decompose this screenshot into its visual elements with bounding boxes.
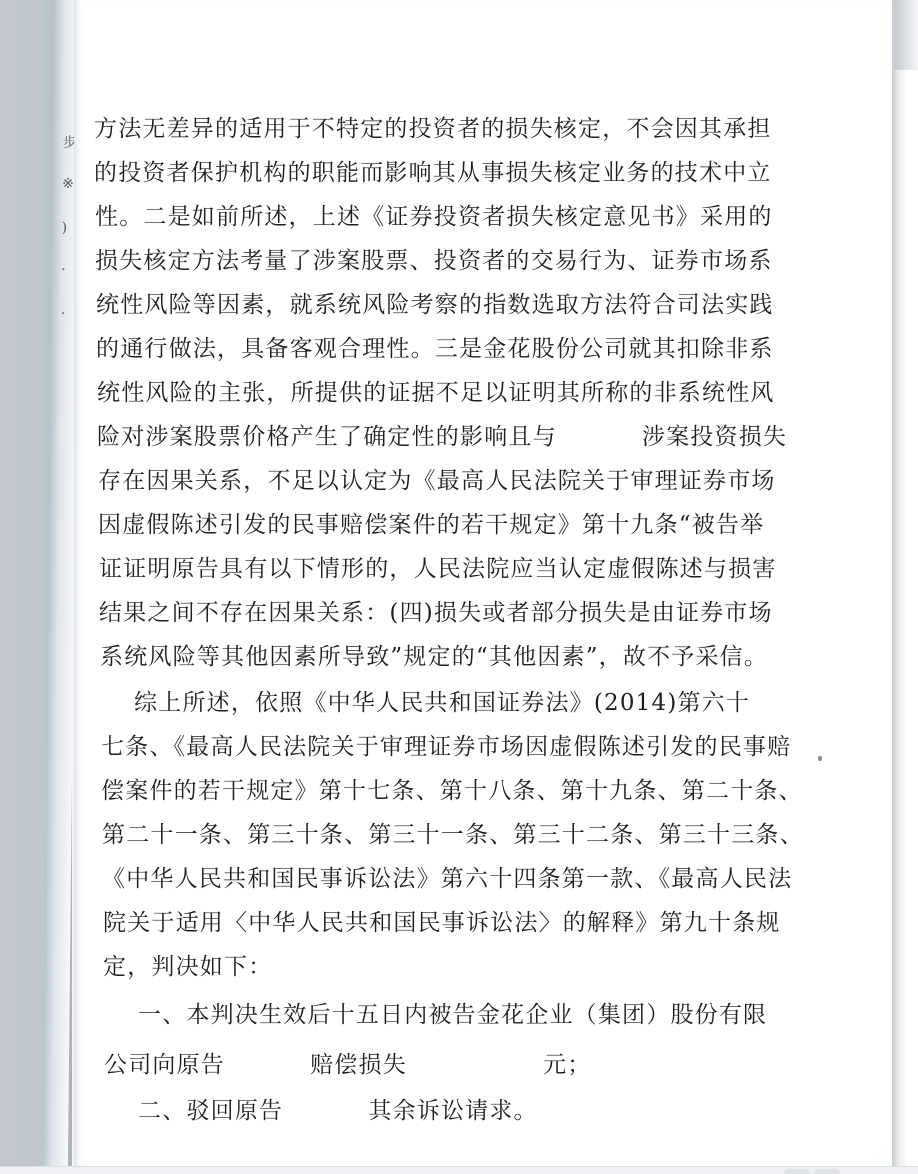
text-line: 的投资者保护机构的职能而影响其从事损失核定业务的技术中立 — [94, 158, 772, 188]
margin-glyph: · — [61, 262, 66, 278]
text-line: 统性风险的主张，所提供的证据不足以证明其所称的非系统性风 — [97, 378, 775, 408]
text-line: 存在因果关系，不足以认定为《最高人民法院关于审理证券市场 — [98, 466, 776, 496]
text-line: 方法无差异的适用于不特定的投资者的损失核定，不会因其承担 — [94, 114, 772, 144]
margin-glyph: ) — [62, 220, 68, 236]
text-line: 公司向原告 赔偿损失 元； — [104, 1050, 592, 1080]
page-corner — [894, 0, 918, 70]
text-line: 七条、《最高人民法院关于审理证券市场因虚假陈述引发的民事赔 — [101, 732, 791, 762]
text-line: 统性风险等因素，就系统风险考察的指数选取方法符合司法实践 — [96, 290, 774, 320]
right-page-edge — [892, 0, 918, 1166]
scan-speck — [818, 756, 822, 761]
text-line: 证证明原告具有以下情形的，人民法院应当认定虚假陈述与损害 — [99, 554, 777, 584]
scroll-pill[interactable] — [784, 1169, 810, 1174]
viewer-bottom-bar — [0, 1166, 918, 1174]
scanned-page-viewport: 步 ※ ) · · 方法无差异的适用于不特定的投资者的损失核定，不会因其承担 的… — [0, 0, 918, 1174]
text-line: 定，判决如下： — [103, 952, 272, 982]
text-line: 院关于适用〈中华人民共和国民事诉讼法〉的解释》第九十条规 — [103, 908, 781, 938]
margin-glyph: ※ — [62, 176, 74, 192]
text-line: 结果之间不存在因果关系：(四)损失或者部分损失是由证券市场 — [99, 598, 773, 628]
text-line: 《中华人民共和国民事诉讼法》第六十四条第一款、《最高人民法 — [102, 864, 792, 894]
text-line: 性。二是如前所述，上述《证券投资者损失核定意见书》采用的 — [95, 202, 773, 232]
text-line: 险对涉案股票价格产生了确定性的影响且与 涉案投资损失 — [97, 422, 787, 452]
margin-glyph: · — [61, 306, 66, 322]
text-line: 综上所述，依照《中华人民共和国证券法》(2014)第六十 — [100, 688, 750, 718]
text-line: 二、驳回原告 其余诉讼请求。 — [104, 1096, 538, 1126]
text-line: 损失核定方法考量了涉案股票、投资者的交易行为、证券市场系 — [95, 246, 773, 276]
text-line: 因虚假陈述引发的民事赔偿案件的若干规定》第十九条“被告举 — [98, 510, 764, 540]
text-line: 第二十一条、第三十条、第三十一条、第三十二条、第三十三条、 — [102, 820, 804, 850]
text-line: 偿案件的若干规定》第十七条、第十八条、第十九条、第二十条、 — [101, 776, 803, 806]
text-line: 系统风险等其他因素所导致”规定的“其他因素”，故不予采信。 — [100, 642, 768, 672]
scroll-pill[interactable] — [814, 1169, 840, 1174]
text-line: 的通行做法，具备客观合理性。三是金花股份公司就其扣除非系 — [96, 334, 774, 364]
text-line: 一、本判决生效后十五日内被告金花企业（集团）股份有限 — [104, 1000, 767, 1030]
